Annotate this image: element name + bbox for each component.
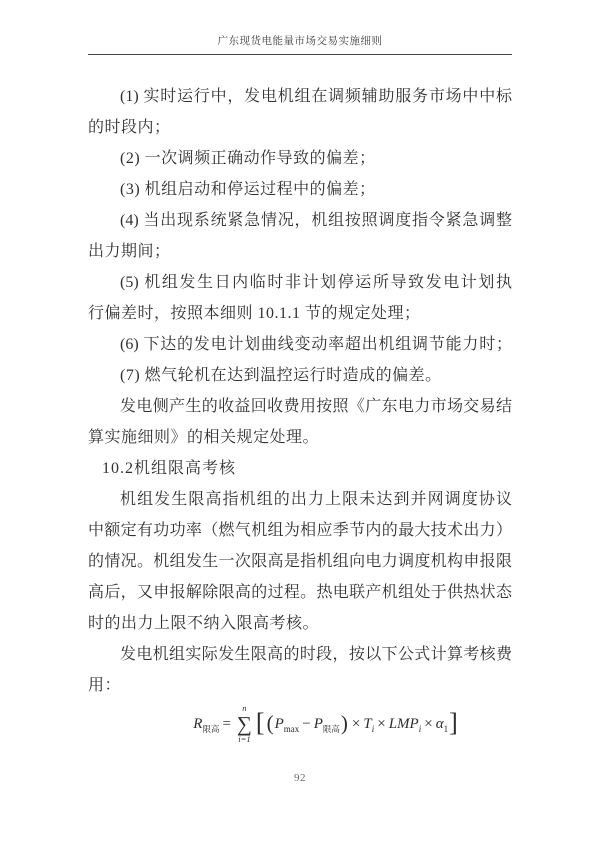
list-item-1-line-2: 的时段内； [88, 112, 512, 143]
document-page: 广东现货电能量市场交易实施细则 (1) 实时运行中，发电机组在调频辅助服务市场中… [0, 0, 600, 848]
alpha-subscript: 1 [444, 724, 449, 734]
equals-sign: = [222, 716, 230, 733]
paragraph-settlement-line-1: 发电侧产生的收益回收费用按照《广东电力市场交易结 [88, 391, 512, 422]
paragraph-limit-line-2: 中额定有功功率（燃气机组为相应季节内的最大技术出力） [88, 515, 512, 546]
lmp-base: LMP [389, 716, 419, 733]
page-header-title: 广东现货电能量市场交易实施细则 [0, 33, 600, 48]
times-sign-3: × [424, 716, 432, 733]
paragraph-formula-intro-line-2: 用： [88, 670, 512, 701]
list-item-1-line-1: (1) 实时运行中，发电机组在调频辅助服务市场中中标 [88, 81, 512, 112]
paragraph-limit-line-3: 的情况。机组发生一次限高是指机组向电力调度机构申报限 [88, 546, 512, 577]
paragraph-limit-line-1: 机组发生限高指机组的出力上限未达到并网调度协议 [88, 484, 512, 515]
summation-symbol: n ∑ i=1 [237, 704, 252, 744]
formula-lhs: R [193, 716, 202, 733]
minus-sign: − [302, 716, 310, 733]
list-item-5-line-1: (5) 机组发生日内临时非计划停运所导致发电计划执 [88, 267, 512, 298]
list-item-6: (6) 下达的发电计划曲线变动率超出机组调节能力时； [88, 329, 512, 360]
times-sign-1: × [352, 716, 360, 733]
alpha-base: α [436, 716, 444, 733]
list-item-4-line-2: 出力期间； [88, 236, 512, 267]
p-limit-base: P [314, 716, 323, 733]
p-limit-subscript: 限高 [323, 723, 340, 735]
list-item-2: (2) 一次调频正确动作导致的偏差； [88, 143, 512, 174]
paragraph-formula-intro-line-1: 发电机组实际发生限高的时段，按以下公式计算考核费 [88, 639, 512, 670]
document-body: (1) 实时运行中，发电机组在调频辅助服务市场中中标 的时段内； (2) 一次调… [88, 81, 512, 701]
section-heading-10-2: 10.2机组限高考核 [88, 453, 512, 484]
assessment-formula: R限高 = n ∑ i=1 [ ( Pmax − P限高 ) × Ti × LM… [88, 700, 512, 748]
close-bracket: ] [449, 710, 458, 736]
p-max-base: P [275, 716, 284, 733]
paragraph-limit-line-4: 高后，又申报解除限高的过程。热电联产机组处于供热状态 [88, 577, 512, 608]
summation-lower-limit: i=1 [238, 735, 250, 744]
formula-lhs-subscript: 限高 [202, 723, 219, 735]
t-base: T [363, 716, 371, 733]
formula-expression: R限高 = n ∑ i=1 [ ( Pmax − P限高 ) × Ti × LM… [193, 704, 458, 744]
sigma-icon: ∑ [237, 714, 252, 735]
page-number: 92 [0, 772, 600, 784]
list-item-5-line-2: 行偏差时，按照本细则 10.1.1 节的规定处理； [88, 298, 512, 329]
list-item-3: (3) 机组启动和停运过程中的偏差； [88, 174, 512, 205]
header-divider [88, 54, 512, 55]
t-subscript: i [372, 724, 375, 734]
close-paren: ) [341, 713, 348, 734]
list-item-7: (7) 燃气轮机在达到温控运行时造成的偏差。 [88, 360, 512, 391]
paragraph-settlement-line-2: 算实施细则》的相关规定处理。 [88, 422, 512, 453]
open-bracket: [ [256, 710, 265, 736]
list-item-4-line-1: (4) 当出现系统紧急情况，机组按照调度指令紧急调整 [88, 205, 512, 236]
p-max-subscript: max [284, 724, 300, 734]
times-sign-2: × [377, 716, 385, 733]
lmp-subscript: i [419, 724, 422, 734]
open-paren: ( [267, 713, 274, 734]
paragraph-limit-line-5: 时的出力上限不纳入限高考核。 [88, 608, 512, 639]
